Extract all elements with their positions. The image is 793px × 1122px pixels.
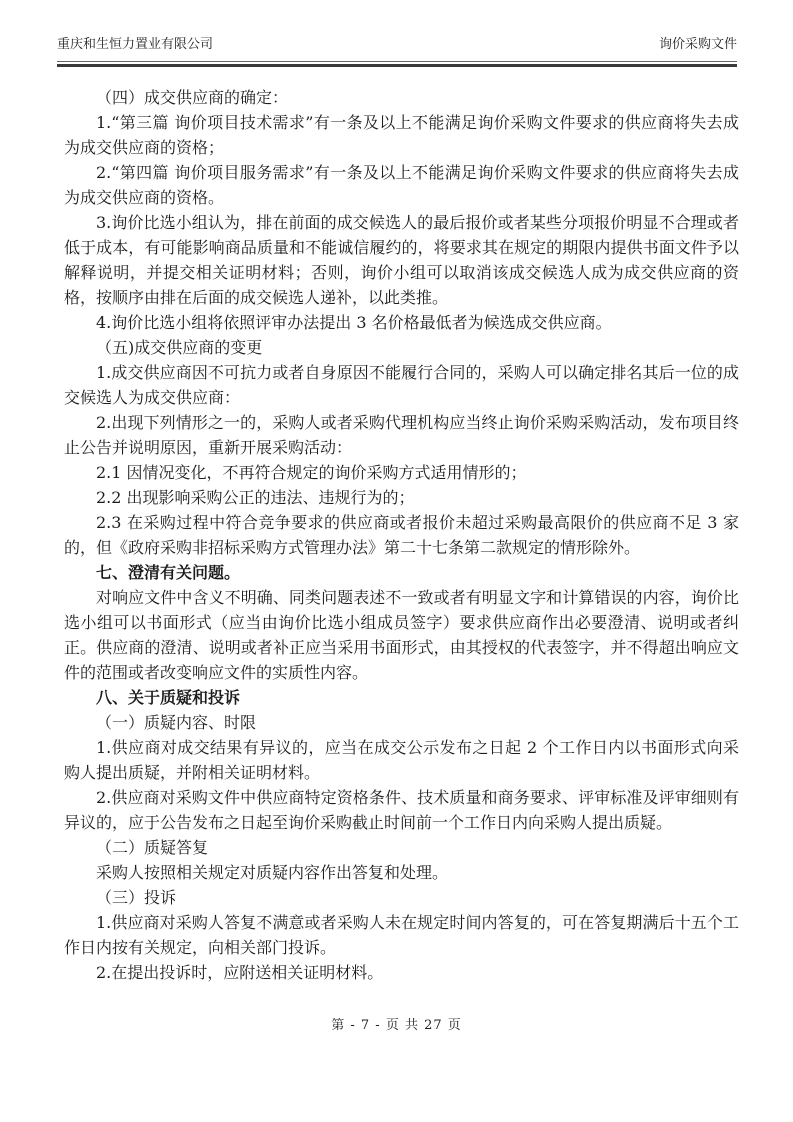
header-rule-thin — [57, 61, 737, 62]
paragraph: 1.“第三篇 询价项目技术需求”有一条及以上不能满足询价采购文件要求的供应商将失… — [64, 110, 739, 160]
company-name: 重庆和生恒力置业有限公司 — [57, 36, 213, 54]
paragraph: 2.供应商对采购文件中供应商特定资格条件、技术质量和商务要求、评审标准及评审细则… — [64, 785, 739, 835]
paragraph: 1.供应商对采购人答复不满意或者采购人未在规定时间内答复的，可在答复期满后十五个… — [64, 910, 739, 960]
paragraph: 2.“第四篇 询价项目服务需求”有一条及以上不能满足询价采购文件要求的供应商将失… — [64, 160, 739, 210]
paragraph: （五)成交供应商的变更 — [64, 335, 739, 360]
page-footer: 第 - 7 - 页 共 27 页 — [0, 1014, 793, 1033]
document-page: 重庆和生恒力置业有限公司 询价采购文件 （四）成交供应商的确定：1.“第三篇 询… — [0, 0, 793, 1122]
paragraph: （三）投诉 — [64, 885, 739, 910]
paragraph: （四）成交供应商的确定： — [64, 85, 739, 110]
paragraph: 采购人按照相关规定对质疑内容作出答复和处理。 — [64, 860, 739, 885]
document-type-label: 询价采购文件 — [659, 36, 737, 54]
paragraph: 2.3 在采购过程中符合竞争要求的供应商或者报价未超过采购最高限价的供应商不足 … — [64, 510, 739, 560]
paragraph: 对响应文件中含义不明确、同类问题表述不一致或者有明显文字和计算错误的内容，询价比… — [64, 585, 739, 685]
paragraph: （一）质疑内容、时限 — [64, 710, 739, 735]
paragraph: 2.2 出现影响采购公正的违法、违规行为的； — [64, 485, 739, 510]
paragraph: 3.询价比选小组认为，排在前面的成交候选人的最后报价或者某些分项报价明显不合理或… — [64, 210, 739, 310]
paragraph: 2.在提出投诉时，应附送相关证明材料。 — [64, 960, 739, 985]
paragraph: 1.成交供应商因不可抗力或者自身原因不能履行合同的，采购人可以确定排名其后一位的… — [64, 360, 739, 410]
paragraph: 1.供应商对成交结果有异议的，应当在成交公示发布之日起 2 个工作日内以书面形式… — [64, 735, 739, 785]
document-body: （四）成交供应商的确定：1.“第三篇 询价项目技术需求”有一条及以上不能满足询价… — [64, 85, 739, 985]
paragraph: （二）质疑答复 — [64, 835, 739, 860]
paragraph: 2.1 因情况变化，不再符合规定的询价采购方式适用情形的； — [64, 460, 739, 485]
document-header: 重庆和生恒力置业有限公司 询价采购文件 — [57, 36, 737, 67]
page-number-label: 第 - 7 - 页 共 27 页 — [331, 1018, 462, 1033]
section-heading: 七、澄清有关问题。 — [64, 560, 739, 585]
section-heading: 八、关于质疑和投诉 — [64, 685, 739, 710]
paragraph: 2.出现下列情形之一的，采购人或者采购代理机构应当终止询价采购采购活动，发布项目… — [64, 410, 739, 460]
header-rule-thick — [57, 64, 737, 67]
paragraph: 4.询价比选小组将依照评审办法提出 3 名价格最低者为候选成交供应商。 — [64, 310, 739, 335]
